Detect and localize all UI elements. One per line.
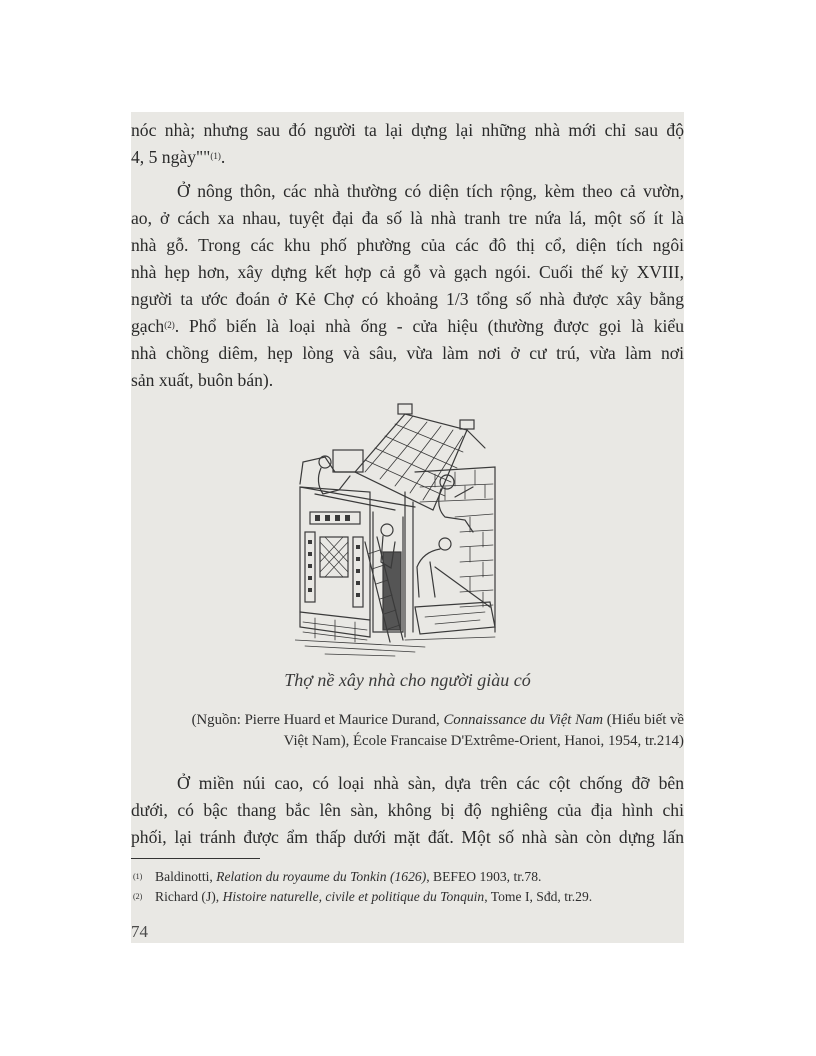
body-line: nhà gỗ. Trong các khu phố phường của các… [131, 232, 684, 259]
page-number: 74 [131, 922, 148, 942]
body-text: 4, 5 ngày"" [131, 147, 210, 167]
body-line: 4, 5 ngày""(1). [131, 144, 684, 171]
footnote-1: (1)Baldinotti, Relation du royaume du To… [131, 867, 541, 887]
footnote-title: Histoire naturelle, civile et politique … [223, 889, 485, 904]
body-text: . Phổ biến là loại nhà ống - cửa hiệu (t… [175, 313, 684, 340]
figure-source-line-1: (Nguồn: Pierre Huard et Maurice Durand, … [131, 710, 684, 731]
body-line: Ở nông thôn, các nhà thường có diện tích… [131, 178, 684, 205]
footnote-author: Baldinotti, [155, 869, 216, 884]
body-line: ao, ở cách xa nhau, tuyệt đại đa số là n… [131, 205, 684, 232]
house-building-illustration [295, 392, 525, 658]
source-text: (Nguồn: Pierre Huard et Maurice Durand, [192, 712, 444, 728]
body-line: nhà hẹp hơn, xây dựng kết hợp cả gỗ và g… [131, 259, 684, 286]
body-line: sản xuất, buôn bán). [131, 367, 684, 394]
footnote-divider [131, 858, 260, 859]
body-line: phối, lại tránh được ẩm thấp dưới mặt đấ… [131, 824, 684, 851]
footnote-title: Relation du royaume du Tonkin (1626) [216, 869, 426, 884]
body-text: gạch [131, 316, 164, 336]
source-text: (Hiểu biết về [603, 712, 684, 728]
body-line: người ta ước đoán ở Kẻ Chợ có khoảng 1/3… [131, 286, 684, 313]
footnote-author: Richard (J), [155, 889, 223, 904]
footnote-ref-2[interactable]: (2) [164, 320, 175, 330]
footnote-text: , Tome I, Sđd, tr.29. [484, 889, 592, 904]
body-line: Ở miền núi cao, có loại nhà sàn, dựa trê… [131, 770, 684, 797]
footnote-ref-1[interactable]: (1) [210, 151, 221, 161]
footnote-mark: (1) [131, 867, 155, 887]
body-line: nhà chồng diêm, hẹp lòng và sâu, vừa làm… [131, 340, 684, 367]
footnote-2: (2)Richard (J), Histoire naturelle, civi… [131, 887, 592, 907]
figure-caption: Thợ nề xây nhà cho người giàu có [131, 670, 684, 691]
footnote-text: , BEFEO 1903, tr.78. [426, 869, 541, 884]
body-line: gạch(2). Phổ biến là loại nhà ống - cửa … [131, 313, 684, 340]
body-line: nóc nhà; nhưng sau đó người ta lại dựng … [131, 117, 684, 144]
body-text: . [221, 147, 225, 167]
figure-source-line-2: Việt Nam), École Francaise D'Extrême-Ori… [131, 731, 684, 752]
source-title: Connaissance du Việt Nam [443, 712, 603, 728]
footnote-mark: (2) [131, 887, 155, 907]
body-line: dưới, có bậc thang bắc lên sàn, không bị… [131, 797, 684, 824]
